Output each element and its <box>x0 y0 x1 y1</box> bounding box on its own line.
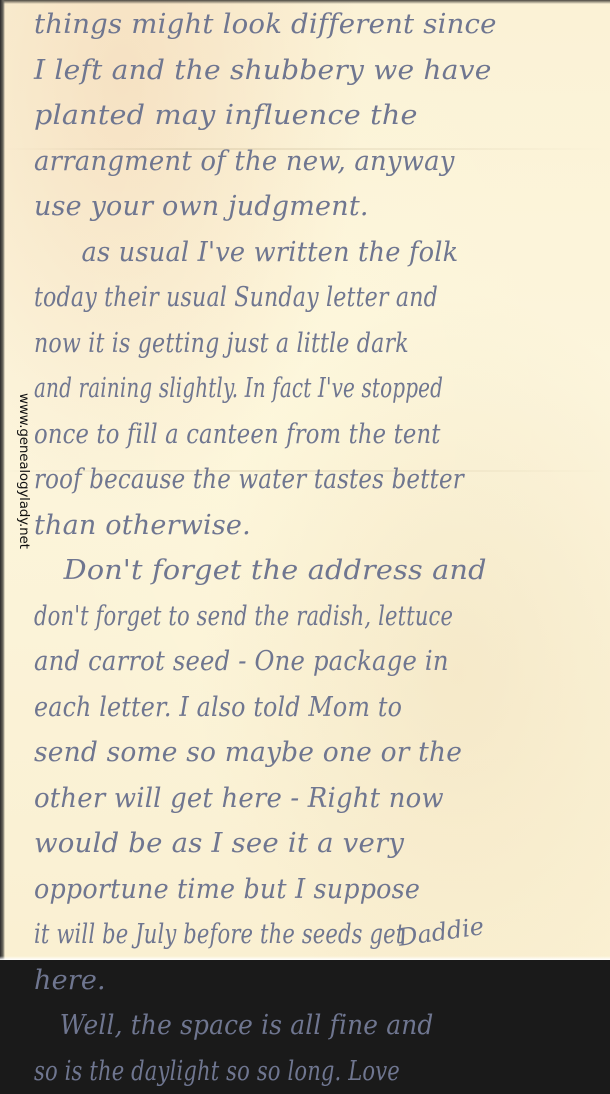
letter-line: don't forget to send the radish, lettuce <box>34 594 482 640</box>
letter-page: www.genealogylady.net things might look … <box>0 0 610 960</box>
letter-line: once to fill a canteen from the tent <box>34 412 516 458</box>
letter-line: as usual I've written the folk <box>34 230 579 276</box>
letter-line: now it is getting just a little dark <box>34 321 505 367</box>
letter-line: use your own judgment. <box>34 184 608 230</box>
letter-line: I left and the shubbery we have <box>34 48 610 94</box>
website-watermark: www.genealogylady.net <box>14 393 34 593</box>
letter-line: each letter. I also told Mom to <box>34 685 539 731</box>
letter-line: today their usual Sunday letter and <box>34 275 505 321</box>
letter-line: planted may influence the <box>34 93 610 139</box>
letter-line: arrangment of the new, anyway <box>34 139 585 185</box>
letter-line: than otherwise. <box>34 503 608 549</box>
letter-line: opportune time but I suppose <box>34 867 574 913</box>
letter-body: things might look different since I left… <box>34 2 608 960</box>
letter-line: send some so maybe one or the <box>34 730 597 776</box>
letter-line: other will get here - Right now <box>34 776 585 822</box>
letter-line: and carrot seed - One package in <box>34 639 551 685</box>
letter-line: would be as I see it a very <box>34 821 610 867</box>
scan-left-edge-shadow <box>0 0 5 960</box>
letter-line: things might look different since <box>34 2 610 48</box>
letter-line: Don't forget the address and <box>34 548 610 594</box>
letter-line: and raining slightly. In fact I've stopp… <box>34 366 459 412</box>
letter-line: roof because the water tastes better <box>34 457 522 503</box>
